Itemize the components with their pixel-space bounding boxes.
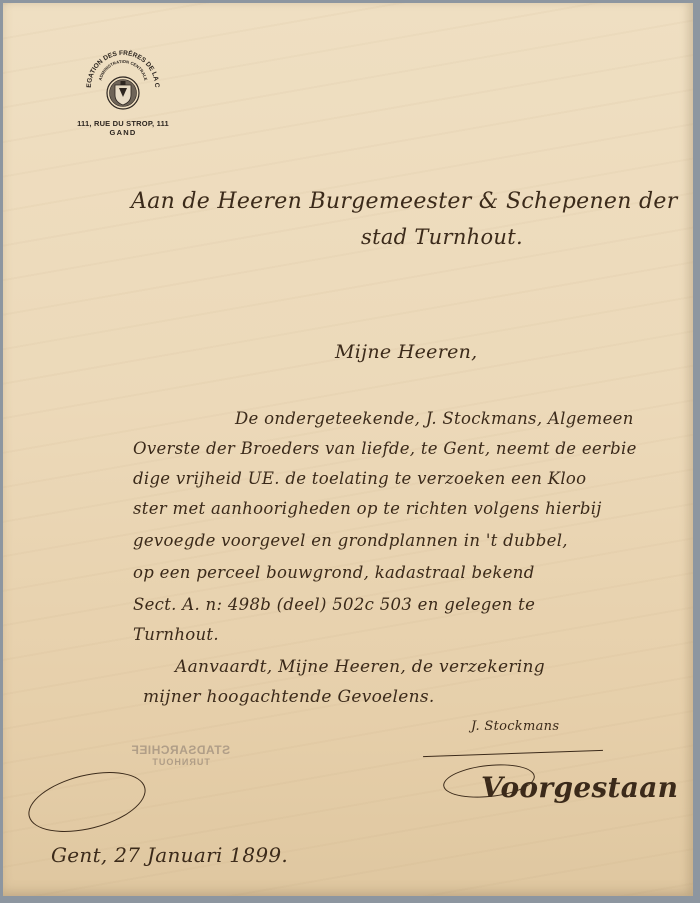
body-line: ster met aanhoorigheden op te richten vo… bbox=[133, 499, 602, 518]
addressee-line-1: Aan de Heeren Burgemeester & Schepenen d… bbox=[131, 189, 678, 214]
stamp-line-2: TURNHOUT bbox=[131, 757, 230, 767]
body-line: De ondergeteekende, J. Stockmans, Algeme… bbox=[235, 409, 634, 428]
typed-name: J. Stockmans bbox=[471, 719, 559, 734]
body-line: gevoegde voorgevel en grondplannen in 't… bbox=[133, 531, 568, 550]
signature-underline bbox=[423, 750, 603, 757]
congregation-seal-icon: CONGREGATION DES FRÈRES DE LA CHARITÉ AD… bbox=[83, 45, 163, 115]
body-line: Overste der Broeders van liefde, te Gent… bbox=[133, 439, 637, 458]
letterhead: CONGREGATION DES FRÈRES DE LA CHARITÉ AD… bbox=[71, 45, 175, 137]
salutation: Mijne Heeren, bbox=[335, 341, 478, 363]
signature: Voorgestaan bbox=[481, 771, 678, 804]
closing-line: mijner hoogachtende Gevoelens. bbox=[143, 687, 435, 707]
date-flourish-icon bbox=[22, 761, 151, 842]
body-line: op een perceel bouwgrond, kadastraal bek… bbox=[133, 563, 535, 582]
body-line: dige vrijheid UE. de toelating te verzoe… bbox=[133, 469, 586, 488]
date-line: Gent, 27 Januari 1899. bbox=[51, 843, 288, 867]
letterhead-address: 111, RUE DU STROP, 111 bbox=[71, 119, 175, 128]
archive-stamp: STADSARCHIEF TURNHOUT bbox=[131, 743, 230, 767]
letterhead-city: GAND bbox=[71, 128, 175, 137]
addressee-line-2: stad Turnhout. bbox=[361, 225, 523, 249]
body-line: Sect. A. n: 498b (deel) 502c 503 en gele… bbox=[133, 595, 535, 614]
stamp-line-1: STADSARCHIEF bbox=[131, 743, 230, 757]
closing-line: Aanvaardt, Mijne Heeren, de verzekering bbox=[175, 657, 545, 677]
letter-page: CONGREGATION DES FRÈRES DE LA CHARITÉ AD… bbox=[3, 3, 693, 896]
body-line: Turnhout. bbox=[133, 625, 219, 644]
